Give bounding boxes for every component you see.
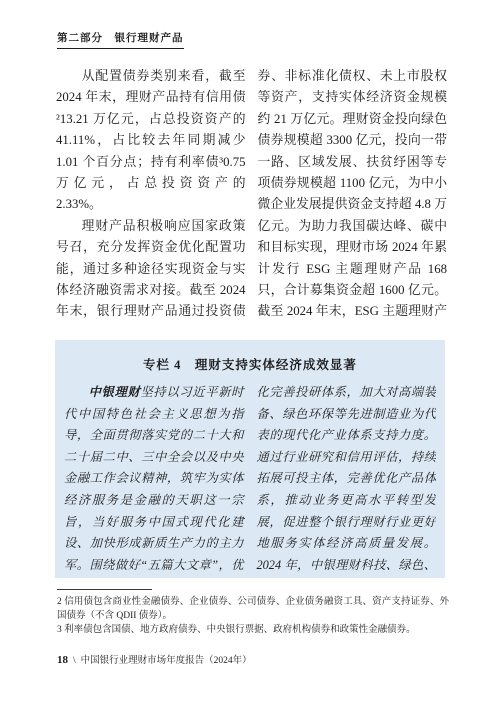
footnotes: 2 信用债包含商业性金融债券、企业债券、公司债券、企业债务融资工具、资产支持证券…	[57, 595, 449, 637]
body-text: 从配置债券类别来看，截至 2024 年末，理财产品持有信用债²13.21 万亿元…	[56, 66, 447, 332]
footnote-rate-bonds: 3 利率债包含国债、地方政府债券、中央银行票据、政府机构债券和政策性金融债券。	[57, 623, 449, 637]
footnote-credit-bonds: 2 信用债包含商业性金融债券、企业债券、公司债券、企业债务融资工具、资产支持证券…	[57, 595, 449, 623]
callout-lead-company: 中银理财	[89, 385, 141, 399]
footnote-divider	[57, 589, 152, 590]
page-footer: 18\中国银行业理财市场年度报告（2024年）	[57, 652, 252, 666]
section-header-text: 第二部分 银行理财产品	[57, 33, 184, 44]
callout-body: 中银理财坚持以习近平新时代中国特色社会主义思想为指导，全面贯彻落实党的二十大和二…	[64, 382, 436, 580]
footer-separator: \	[73, 656, 76, 666]
callout-title: 专栏 4 理财支持实体经济成效显著	[55, 340, 445, 373]
paragraph-bond-allocation: 从配置债券类别来看，截至 2024 年末，理财产品持有信用债²13.21 万亿元…	[56, 66, 246, 216]
callout-paragraph-text: 坚持以习近平新时代中国特色社会主义思想为指导，全面贯彻落实党的二十大和二十届二中…	[64, 385, 436, 572]
section-header: 第二部分 银行理财产品	[57, 30, 184, 49]
callout-paragraph: 中银理财坚持以习近平新时代中国特色社会主义思想为指导，全面贯彻落实党的二十大和二…	[64, 382, 436, 580]
report-page: 第二部分 银行理财产品 从配置债券类别来看，截至 2024 年末，理财产品持有信…	[0, 0, 500, 707]
page-number: 18	[57, 654, 68, 666]
report-title: 中国银行业理财市场年度报告（2024年）	[81, 656, 252, 666]
callout-box: 专栏 4 理财支持实体经济成效显著 中银理财坚持以习近平新时代中国特色社会主义思…	[55, 340, 445, 578]
